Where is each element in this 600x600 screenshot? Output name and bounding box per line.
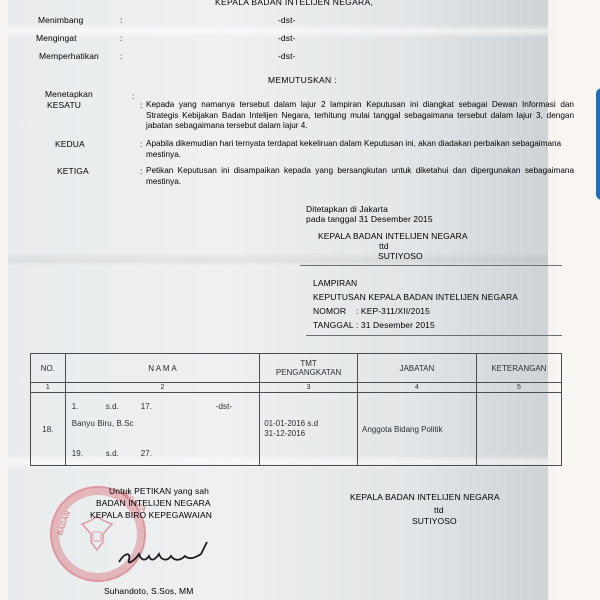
range-to: 27.: [141, 449, 152, 458]
column-number: 5: [476, 383, 561, 393]
certification-line1: Untuk PETIKAN yang sah: [109, 486, 209, 496]
closing-ttd: ttd: [434, 505, 444, 515]
enactment-place: Ditetapkan di Jakarta: [306, 204, 388, 214]
closing-office: KEPALA BADAN INTELIJEN NEGARA: [350, 492, 500, 502]
range-note: -dst-: [216, 402, 233, 411]
certification-line2: BADAN INTELIJEN NEGARA: [96, 498, 211, 508]
column-number: 3: [260, 383, 358, 393]
column-number: 1: [31, 383, 66, 393]
paper-crease: [8, 252, 548, 266]
enactment-office: KEPALA BADAN INTELIJEN NEGARA: [318, 231, 468, 241]
range-sd: s.d.: [106, 402, 119, 411]
attachment-date-label: TANGGAL: [313, 320, 354, 330]
enactment-date: pada tanggal 31 Desember 2015: [306, 214, 433, 224]
header-nama: N A M A: [65, 354, 260, 383]
consideration-sep: :: [120, 15, 122, 25]
column-number: 2: [65, 383, 260, 393]
article-sep: :: [140, 100, 142, 110]
attachment-title: LAMPIRAN: [313, 278, 357, 288]
consideration-value: -dst-: [278, 15, 296, 25]
consideration-value: -dst-: [278, 33, 296, 43]
header-tmt-line2: PENGANGKATAN: [264, 368, 353, 377]
range-sd: s.d.: [106, 449, 119, 458]
column-number: 4: [357, 383, 476, 393]
appointment-table: NO. N A M A TMT PENGANGKATAN JABATAN KET…: [30, 353, 562, 466]
header-tmt-line1: TMT: [264, 359, 353, 368]
cell-jabatan: Anggota Bidang Politik: [357, 393, 476, 466]
consideration-label: Menimbang: [38, 15, 83, 25]
enactment-ttd: ttd: [379, 241, 389, 251]
certification-signer: Suhandoto, S.Sos, MM: [104, 586, 193, 596]
tmt-start: 01-01-2016 s.d: [264, 419, 353, 429]
column-number-row: 1 2 3 4 5: [31, 383, 562, 393]
table-header-row: NO. N A M A TMT PENGANGKATAN JABATAN KET…: [31, 354, 562, 383]
range-from: 1.: [72, 402, 79, 411]
article-label: KESATU: [47, 100, 81, 110]
article-label: KEDUA: [55, 139, 85, 149]
article-text: Apabila dikemudian hari ternyata terdapa…: [146, 139, 574, 160]
article-text: Petikan Keputusan ini disampaikan kepada…: [146, 166, 574, 187]
table-row: 18. 1. s.d. 17. -dst- Banyu Biru, B.Sc 1…: [31, 393, 562, 466]
cell-tmt: 01-01-2016 s.d 31-12-2016: [260, 393, 358, 466]
decides-heading: MEMUTUSKAN :: [268, 75, 337, 85]
consideration-value: -dst-: [278, 51, 296, 61]
consideration-sep: :: [120, 33, 122, 43]
viewer-side-panel: [556, 0, 600, 600]
header-no: NO.: [31, 354, 66, 383]
viewer-side-tab[interactable]: [596, 88, 600, 200]
article-label: KETIGA: [57, 166, 89, 176]
header-keterangan: KETERANGAN: [476, 354, 561, 383]
article-sep: :: [140, 166, 142, 176]
range-to: 17.: [141, 402, 152, 411]
menetapkan-sep: :: [132, 91, 134, 101]
certification-line3: KEPALA BIRO KEPEGAWAIAN: [90, 510, 212, 520]
range-from: 19.: [72, 449, 83, 458]
attachment-number-label: NOMOR: [313, 306, 346, 316]
consideration-label: Memperhatikan: [39, 51, 99, 61]
attachment-number-value: : KEP-311/XII/2015: [356, 306, 430, 316]
person-name: Banyu Biru, B.Sc: [72, 419, 134, 428]
attachment-date-value: : 31 Desember 2015: [356, 320, 435, 330]
handwritten-signature-icon: [115, 540, 210, 570]
article-text: Kepada yang namanya tersebut dalam lajur…: [146, 100, 574, 132]
menetapkan-label: Menetapkan: [45, 89, 93, 99]
consideration-label: Mengingat: [36, 33, 77, 43]
enactment-name: SUTIYOSO: [378, 251, 423, 261]
attachment-subtitle: KEPUTUSAN KEPALA BADAN INTELIJEN NEGARA: [313, 292, 518, 302]
consideration-sep: :: [120, 51, 122, 61]
cell-no: 18.: [31, 393, 66, 466]
closing-name: SUTIYOSO: [412, 516, 457, 526]
article-sep: :: [140, 139, 142, 149]
cell-nama: 1. s.d. 17. -dst- Banyu Biru, B.Sc 19. s…: [65, 393, 260, 466]
cell-keterangan: [476, 393, 561, 466]
top-heading: KEPALA BADAN INTELIJEN NEGARA,: [215, 0, 373, 7]
divider: [300, 265, 562, 266]
tmt-end: 31-12-2016: [264, 429, 353, 439]
divider: [306, 335, 562, 336]
header-jabatan: JABATAN: [357, 354, 476, 383]
header-tmt: TMT PENGANGKATAN: [260, 354, 358, 383]
